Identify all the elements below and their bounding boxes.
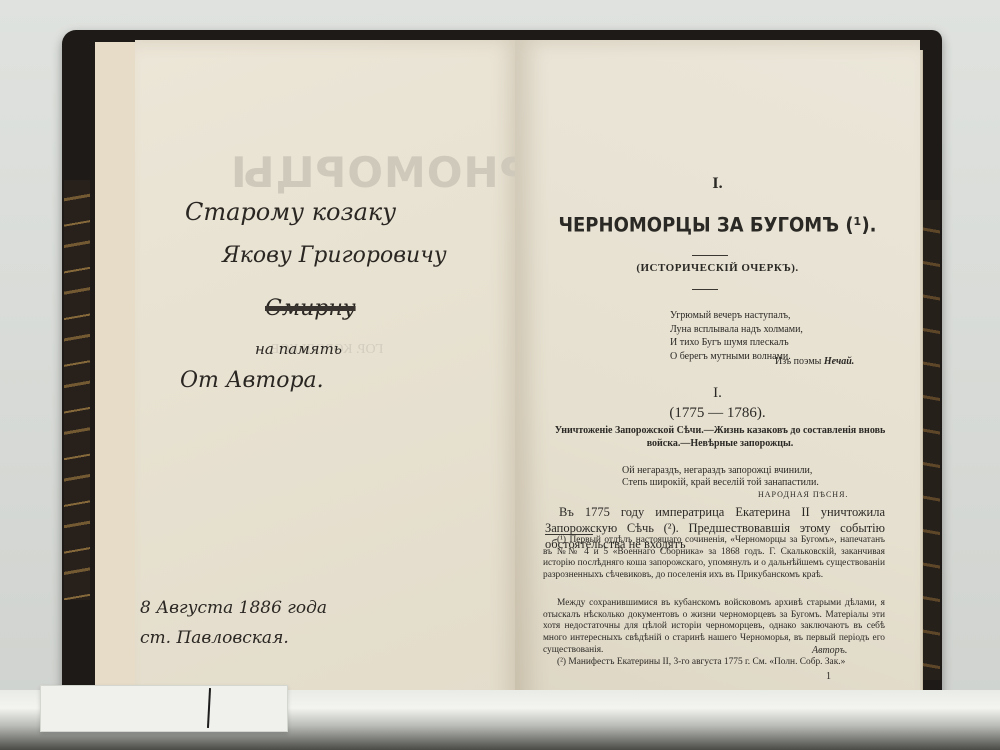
- inscription-line-4: на память: [255, 340, 342, 358]
- section-summary: Уничтоженіе Запорожской Сѣчи.—Жизнь каза…: [545, 424, 895, 450]
- folk-song-epigraph: Ой негараздъ, негараздъ запорожцi вчинил…: [622, 465, 819, 489]
- date-note-line-1: 8 Августа 1886 года: [140, 598, 327, 618]
- song-source: НАРОДНАЯ ПѢСНЯ.: [758, 490, 848, 499]
- song-line: Ой негараздъ, негараздъ запорожцi вчинил…: [622, 465, 819, 477]
- epigraph-source-title: Нечай.: [824, 356, 854, 367]
- section-number: I.: [515, 385, 920, 402]
- inscription-line-1: Старому козаку: [185, 198, 396, 226]
- chapter-subtitle: (ИСТОРИЧЕСКІЙ ОЧЕРКЪ).: [515, 262, 920, 274]
- epigraph-line: Луна всплывала надъ холмами,: [670, 323, 803, 337]
- epigraph-line: Угрюмый вечеръ наступалъ,: [670, 309, 803, 323]
- inscription-line-2: Якову Григоровичу: [222, 243, 447, 268]
- chapter-number: I.: [515, 175, 920, 193]
- inscription-signature: От Автора.: [180, 368, 324, 393]
- song-line: Степь широкій, край веселій той занапаст…: [622, 477, 819, 489]
- inscription-struck-word: Смирну: [265, 296, 356, 321]
- footnote-author: Авторъ.: [812, 645, 847, 656]
- cover-worn-edge-left: [64, 180, 90, 600]
- cover-worn-edge-right: [920, 200, 940, 680]
- chapter-title: ЧЕРНОМОРЦЫ ЗА БУГОМЪ (¹).: [515, 214, 920, 237]
- epigraph-source-prefix: Изъ поэмы: [775, 356, 824, 367]
- subtitle-rule: [692, 289, 718, 290]
- title-rule: [692, 255, 728, 256]
- book-stand: [40, 685, 288, 732]
- footnote-2: (²) Манифестъ Екатерины II, 3-го августа…: [543, 657, 885, 669]
- epigraph-line: И тихо Бугъ шумя плескалъ: [670, 336, 803, 350]
- epigraph: Угрюмый вечеръ наступалъ, Луна всплывала…: [670, 309, 803, 363]
- page-number: 1: [826, 671, 831, 682]
- footnote-1: (¹) Первый отдѣлъ настоящаго сочиненія, …: [543, 535, 885, 582]
- section-years: (1775 — 1786).: [515, 405, 920, 422]
- epigraph-source: Изъ поэмы Нечай.: [775, 356, 854, 367]
- date-note-line-2: ст. Павловская.: [140, 628, 289, 648]
